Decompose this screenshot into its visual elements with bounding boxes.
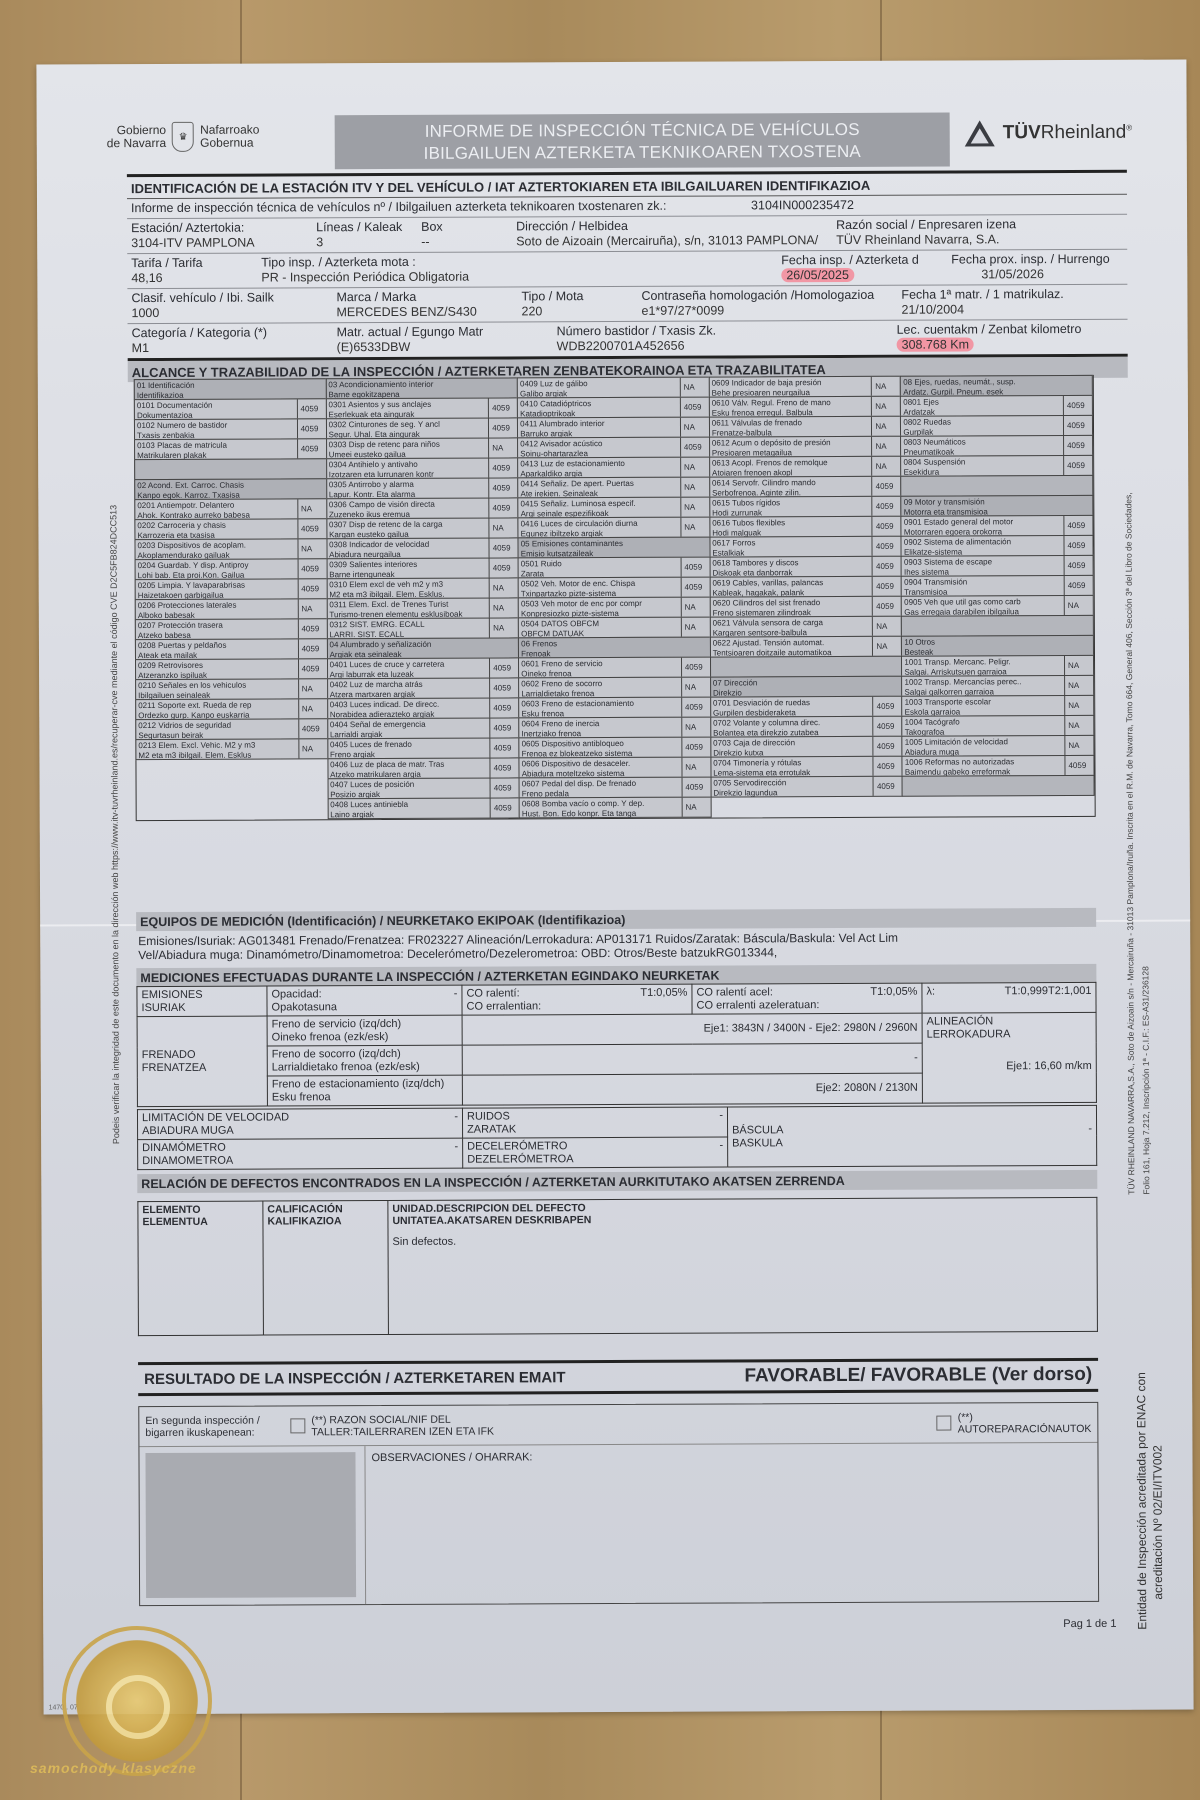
scope-item: 0309 Salientes interioresBarne irtengune…	[326, 557, 519, 579]
inspection-report-paper: Gobiernode Navarra ♛ NafarroakoGobernua …	[36, 59, 1193, 1714]
scope-item: 0612 Acum o depósito de presiónPresioare…	[709, 436, 902, 458]
scope-result: 4059	[681, 398, 709, 417]
scope-item: 0801 EjesArdatzak4059	[900, 395, 1093, 417]
scope-result: 4059	[490, 558, 518, 577]
scope-result: 4059	[682, 778, 710, 797]
scope-item: 0212 Vidrios de seguridadSegurtasun beir…	[135, 718, 328, 740]
scope-column: 0609 Indicador de baja presiónBehe presi…	[710, 377, 904, 818]
scope-item: 0614 Servofr. Cilindro mandoSerbofrenoa.…	[709, 476, 902, 498]
scope-result: NA	[682, 618, 710, 637]
scope-result: 4059	[298, 559, 326, 578]
scope-item: 0902 Sistema de alimentaciónElikatze-sis…	[901, 535, 1094, 557]
result-value: FAVORABLE/ FAVORABLE (Ver dorso)	[744, 1364, 1092, 1388]
scope-blank	[901, 475, 1094, 497]
scope-item: 0618 Tambores y discosDiskoak eta danbor…	[709, 556, 902, 578]
scope-result: 4059	[490, 658, 518, 677]
scope-result: NA	[298, 599, 326, 618]
scope-item: 0502 Veh. Motor de enc. ChispaTxinpartaz…	[518, 577, 711, 599]
inspection-type: PR - Inspección Periódica Obligatoria	[261, 268, 781, 285]
scope-item: 0416 Luces de circulación diurnaEgunez i…	[518, 517, 711, 539]
inspection-result: RESULTADO DE LA INSPECCIÓN / AZTERKETARE…	[138, 1358, 1098, 1396]
scope-item: 0204 Guardab. Y disp. AntiproyLohi bab. …	[135, 558, 328, 580]
scope-item: 0604 Freno de inerciaInertziako frenoaNA	[518, 717, 711, 739]
company-name: TÜV Rheinland Navarra, S.A.	[836, 232, 1016, 248]
scope-result: 4059	[298, 419, 326, 438]
scope-result: NA	[299, 699, 327, 718]
registry-note: Folio 161, Hoja 7.212, Inscripción 1ª - …	[1140, 966, 1151, 1195]
scope-item: 0306 Campo de visión directaZuzeneko iku…	[326, 497, 519, 519]
scope-result: NA	[681, 518, 709, 537]
address: Soto de Aizoain (Mercairuña), s/n, 31013…	[516, 233, 836, 249]
scope-column: 0409 Luz de gáliboGalibo argiakNA0410 Ca…	[518, 378, 712, 819]
navarra-government-logo: Gobiernode Navarra ♛ NafarroakoGobernua	[107, 122, 260, 153]
scope-result: 4059	[1065, 556, 1093, 575]
lambda-value: T1:0,999T2:1,001	[1005, 985, 1092, 998]
scope-result: 4059	[873, 497, 901, 516]
scope-blank	[134, 458, 327, 480]
scope-result: NA	[682, 718, 710, 737]
scope-item: 0606 Dispositivo de desaceler.Abiadura m…	[519, 757, 712, 779]
scope-result: 4059	[681, 558, 709, 577]
scope-result: 4059	[874, 697, 902, 716]
scope-item: 0302 Cinturones de seg. Y anclSegur. Uha…	[326, 417, 519, 439]
scope-result: 4059	[682, 738, 710, 757]
scope-blank	[902, 775, 1095, 797]
scope-item: 0611 Válvulas de frenadoFrenatze-balbula…	[709, 416, 902, 438]
scope-item: 0307 Disp de retenc de la cargaKargan eu…	[326, 517, 519, 539]
scope-item: 0208 Puertas y peldañosAteak eta mailak4…	[135, 638, 328, 660]
other-measurements-table: LIMITACIÓN DE VELOCIDAD ABIADURA MUGA- R…	[137, 1105, 1097, 1170]
scope-item: 0414 Señaliz. De apert. PuertasAte ireki…	[517, 477, 710, 499]
scope-item: 0602 Freno de socorroLarrialdietako fren…	[518, 677, 711, 699]
scope-group-header: 09 Motor y transmisiónMotorra eta transm…	[901, 495, 1094, 517]
scope-item: 0407 Luces de posiciónPosizio argiak4059	[327, 777, 520, 799]
scope-result: 4059	[874, 777, 902, 796]
scope-result: 4059	[1064, 416, 1092, 435]
report-header: Gobiernode Navarra ♛ NafarroakoGobernua …	[107, 112, 1147, 173]
scope-item: 0102 Numero de bastidorTxasis zenbakia40…	[134, 418, 327, 440]
scope-result: NA	[872, 397, 900, 416]
scope-item: 1004 TacógrafoTakografoaNA	[902, 715, 1095, 737]
scope-item: 0404 Señal de emergenciaLarrialdi argiak…	[327, 717, 520, 739]
scope-result: NA	[490, 618, 518, 637]
scope-result: NA	[681, 498, 709, 517]
scope-item: 0901 Estado general del motorMotorraren …	[901, 515, 1094, 537]
scope-item: 0621 Válvula sensora de cargaKargaren se…	[710, 616, 903, 638]
scope-result: NA	[1065, 656, 1093, 675]
scope-item: 0207 Protección traseraAtzeko babesa4059	[135, 618, 328, 640]
scope-item: 0312 SIST. EMRG. ECALLLARRI. SIST. ECALL…	[326, 617, 519, 639]
scope-result: 4059	[490, 718, 518, 737]
page-number: Pag 1 de 1	[1063, 1618, 1116, 1630]
scope-item: 0601 Freno de servicioOineko frenoa4059	[518, 657, 711, 679]
scope-result: 4059	[681, 578, 709, 597]
scope-group-header: 04 Alumbrado y señalizaciónArgiak eta se…	[327, 637, 520, 659]
scope-item: 0410 CatadióptricosKatadioptrikoak4059	[517, 397, 710, 419]
scope-item: 0209 RetrovisoresAtzeranzko ispiluak4059	[135, 658, 328, 680]
tuv-rheinland-logo: TÜVRheinland®	[965, 120, 1133, 147]
service-brake-value: Eje1: 3843N / 3400N - Eje2: 2980N / 2960…	[462, 1013, 922, 1045]
scope-item: 0609 Indicador de baja presiónBehe presi…	[709, 376, 902, 398]
scope-result: 4059	[298, 619, 326, 638]
scope-result: 4059	[1064, 436, 1092, 455]
scope-result: NA	[298, 499, 326, 518]
odometer-reading: 308.768 Km	[897, 337, 974, 351]
scope-group-header: 07 DirecciónDirekzio	[710, 676, 903, 698]
scope-result: NA	[490, 578, 518, 597]
scope-result: NA	[299, 679, 327, 698]
watermark-tagline: samochody klasyczne	[30, 1760, 197, 1776]
scope-item: 0617 ForrosEstalkiak4059	[709, 536, 902, 558]
scope-item: 0607 Pedal del disp. De frenadoFreno ped…	[519, 777, 712, 799]
scope-item: 0615 Tubos rígidosHodi zurrunak4059	[709, 496, 902, 518]
scope-result: 4059	[298, 579, 326, 598]
observations-label: OBSERVACIONES / OHARRAK:	[364, 1443, 1098, 1604]
report-number: 3104IN000235472	[751, 198, 854, 213]
scope-result: 4059	[491, 778, 519, 797]
scope-item: 0210 Señales en los vehiculosIbilgailuen…	[135, 678, 328, 700]
co-accel-value: T1:0,05%	[870, 986, 917, 1011]
scope-item: 0905 Veh que util gas como carbGas erreg…	[901, 595, 1094, 617]
scope-result: 4059	[297, 399, 325, 418]
scope-item: 0413 Luz de estacionamientoAparkaldiko a…	[517, 457, 710, 479]
scope-item: 0704 Timonería y rótulasLema-sistema eta…	[710, 756, 903, 778]
scope-item: 0605 Dispositivo antibloqueoFrenoa ez bl…	[519, 737, 712, 759]
workshop-checkbox[interactable]	[290, 1418, 305, 1433]
scope-item: 0622 Ajustad. Tensión automat.Tentsioare…	[710, 636, 903, 658]
scope-item: 0409 Luz de gáliboGalibo argiakNA	[517, 377, 710, 399]
scope-result: NA	[298, 539, 326, 558]
scope-result: 4059	[873, 517, 901, 536]
alignment-value: Eje1: 16,60 m/km	[927, 1060, 1092, 1073]
scope-result: 4059	[1064, 516, 1092, 535]
fee: 48,16	[131, 271, 261, 287]
inspection-scope-grid: 01 IdentificaciónIdentifikazioa0101 Docu…	[134, 375, 1096, 821]
scope-item: 0304 Antihielo y antivahoIzotzaren eta l…	[326, 457, 519, 479]
scope-item: 0705 ServodirecciónDirekzio lagundua4059	[710, 776, 903, 798]
scope-result: 4059	[490, 698, 518, 717]
scope-item: 0904 TransmisiónTransmisioa4059	[901, 575, 1094, 597]
scope-result: 4059	[873, 557, 901, 576]
scope-result: 4059	[491, 758, 519, 777]
scope-item: 0310 Elem excl de veh m2 y m3M2 eta m3 i…	[326, 577, 519, 599]
next-inspection-date: 31/05/2026	[951, 267, 1109, 283]
scope-item: 0503 Veh motor de enc por comprKonpresio…	[518, 597, 711, 619]
scope-result: 4059	[681, 438, 709, 457]
second-inspection-box: En segunda inspección / bigarren ikuskap…	[138, 1402, 1099, 1606]
scope-result: NA	[682, 678, 710, 697]
scope-result: 4059	[874, 737, 902, 756]
scope-item: 1002 Transp. Mercancías perec..Salgai ga…	[901, 675, 1094, 697]
enac-accreditation: acreditación Nº 02/EI/ITV002	[1150, 1445, 1165, 1600]
scope-result: NA	[872, 377, 900, 396]
scope-result: NA	[872, 437, 900, 456]
scope-result: 4059	[873, 597, 901, 616]
scope-item: 0406 Luz de placa de matr. TrasAtzeko ma…	[327, 757, 520, 779]
scope-item: 0504 DATOS OBFCMOBFCM DATUAKNA	[518, 617, 711, 639]
tuv-triangle-icon	[965, 120, 995, 146]
vehicle-make: MERCEDES BENZ/S430	[336, 304, 521, 320]
scope-result: 4059	[873, 537, 901, 556]
scope-result: NA	[681, 418, 709, 437]
scope-blank	[710, 656, 903, 678]
registry-note: TÜV RHEINLAND NAVARRA,S.A., Soto de Aizo…	[1123, 492, 1136, 1194]
scope-result: 4059	[490, 538, 518, 557]
scope-result: NA	[1065, 596, 1093, 615]
scope-item: 0405 Luces de frenadoFreno argiak4059	[327, 737, 520, 759]
station: 3104-ITV PAMPLONA	[131, 235, 316, 251]
scope-result: 4059	[1064, 536, 1092, 555]
scope-item: 0408 Luces antinieblaLaino argiak4059	[327, 797, 520, 819]
identification-section: IDENTIFICACIÓN DE LA ESTACIÓN ITV Y DEL …	[127, 170, 1128, 382]
scope-result: NA	[873, 637, 901, 656]
scope-result: 4059	[873, 477, 901, 496]
scope-result: 4059	[1064, 396, 1092, 415]
verification-note: Podeis verificar la integridad de este d…	[108, 505, 121, 1144]
scope-item: 0205 Limpia. Y lavaparabrisasHaizetakoen…	[135, 578, 328, 600]
scope-group-header: 05 Emisiones contaminantesEmisio kutsatz…	[518, 537, 711, 559]
scope-item: 0201 Antiempotr. DelanteroAhok. Kontrako…	[134, 498, 327, 520]
scope-item: 1005 Limitación de velocidadAbiadura mug…	[902, 735, 1095, 757]
scope-item: 0613 Acopl. Frenos de remolqueAtoiaren f…	[709, 456, 902, 478]
scope-item: 0702 Volante y columna direc.Bolantea et…	[710, 716, 903, 738]
scope-result: NA	[1065, 696, 1093, 715]
scope-result: 4059	[298, 519, 326, 538]
scope-column: 01 IdentificaciónIdentifikazioa0101 Docu…	[135, 379, 329, 820]
scope-item: 0202 Carroceria y chasisKarrozeria eta t…	[134, 518, 327, 540]
scope-item: 0403 Luces indicad. De direcc.Norabidea …	[327, 697, 520, 719]
vin: WDB2200701A452656	[557, 338, 897, 354]
scope-result: NA	[1065, 736, 1093, 755]
scope-item: 0206 Protecciones lateralesAlboko babesa…	[135, 598, 328, 620]
scope-item: 0213 Elem. Excl. Vehic. M2 y m3M2 eta m3…	[135, 738, 328, 760]
scope-result: NA	[489, 438, 517, 457]
scope-item: 0103 Placas de matriculaMatrikularen pla…	[134, 438, 327, 460]
scope-result: 4059	[1065, 576, 1093, 595]
defects-table: ELEMENTO ELEMENTUA CALIFICACIÓN KALIFIKA…	[137, 1196, 1098, 1335]
scope-item: 0804 SuspensiónEsekidura4059	[901, 455, 1094, 477]
scope-result: NA	[1065, 716, 1093, 735]
scope-result: NA	[682, 758, 710, 777]
coat-of-arms-icon: ♛	[172, 122, 194, 152]
scope-result: 4059	[299, 639, 327, 658]
scope-result: 4059	[1064, 456, 1092, 475]
scope-item: 0803 NeumáticosPneumatikoak4059	[900, 435, 1093, 457]
measurements-table: EMISIONES ISURIAK Opacidad: Opakotasuna-…	[136, 982, 1097, 1107]
scope-item: 0603 Freno de estacionamientoEsku frenoa…	[518, 697, 711, 719]
scope-item: 0402 Luz de marcha atrásAtzera martxaren…	[327, 677, 520, 699]
scope-result: 4059	[682, 658, 710, 677]
scope-item: 1006 Reformas no autorizadasBaimendu gab…	[902, 755, 1095, 777]
scope-item: 0620 Cilindros del sist frenadoFreno sis…	[710, 596, 903, 618]
scope-result: 4059	[874, 717, 902, 736]
scope-group-header: 10 OtrosBesteak	[901, 635, 1094, 657]
scope-item: 0501 RuidoZarata4059	[518, 557, 711, 579]
scope-item: 0305 Antirrobo y alarmaLapur. Kontr. Eta…	[326, 477, 519, 499]
scope-result: 4059	[1065, 756, 1093, 775]
scope-result: 4059	[490, 678, 518, 697]
scope-result: 4059	[299, 719, 327, 738]
scope-result: 4059	[489, 498, 517, 517]
scope-item: 0703 Caja de direcciónDirekzio kutxa4059	[710, 736, 903, 758]
scope-result: NA	[1065, 676, 1093, 695]
scope-item: 0301 Asientos y sus anclajesEserlekuak e…	[325, 397, 518, 419]
scope-result: 4059	[491, 798, 519, 817]
scope-item: 0619 Cables, varillas, palancasKableak, …	[709, 576, 902, 598]
scope-item: 0411 Alumbrado interiorBarruko argiakNA	[517, 417, 710, 439]
scope-result: NA	[681, 478, 709, 497]
scope-result: NA	[682, 598, 710, 617]
scope-result: NA	[490, 518, 518, 537]
scope-item: 0412 Avisador acústicoSoinu-ohartarazlea…	[517, 437, 710, 459]
parking-brake-value: Eje2: 2080N / 2130N	[462, 1073, 922, 1105]
scope-group-header: 08 Ejes, ruedas, neumát., susp.Ardatz. G…	[900, 375, 1093, 397]
scope-item: 0610 Válv. Regul. Freno de manoEsku fren…	[709, 396, 902, 418]
scope-item: 0211 Soporte ext. Rueda de repOrdezko gu…	[135, 698, 328, 720]
scope-item: 0308 Indicador de velocidadAbiadura neur…	[326, 537, 519, 559]
first-registration-date: 21/10/2004	[901, 302, 1063, 318]
defects-value: Sin defectos.	[393, 1232, 1093, 1248]
scope-result: 4059	[298, 439, 326, 458]
scope-result: 4059	[489, 398, 517, 417]
scope-item: 0608 Bomba vacío o comp. Y dep.Hust. Bon…	[519, 797, 712, 819]
scope-item: 0903 Sistema de escapeIhes sistema4059	[901, 555, 1094, 577]
scope-item: 0101 DocumentaciónDokumentazioa4059	[134, 398, 327, 420]
co-idle-value: T1:0,05%	[640, 987, 687, 1012]
scope-item: 0311 Elem. Excl. de Trenes TuristTurismo…	[326, 597, 519, 619]
scope-group-header: 03 Acondicionamiento interiorBarne egoki…	[325, 377, 518, 399]
license-plate: (E)6533DBW	[337, 339, 557, 355]
scope-result: 4059	[873, 577, 901, 596]
scope-result: 4059	[874, 757, 902, 776]
scope-group-header: 02 Acond. Ext. Carroc. ChasisKanpo egok.…	[134, 478, 327, 500]
scope-result: 4059	[491, 738, 519, 757]
scope-result: 4059	[299, 659, 327, 678]
scope-result: NA	[873, 617, 901, 636]
scope-result: 4059	[489, 458, 517, 477]
scope-item: 0415 Señaliz. Luminosa especif.Argi sein…	[517, 497, 710, 519]
scope-group-header: 01 IdentificaciónIdentifikazioa	[134, 378, 327, 400]
enac-accreditation: Entidad de Inspección acreditada por ENA…	[1134, 1372, 1149, 1630]
scope-item: 1003 Transporte escolarEskola garraioaNA	[902, 695, 1095, 717]
steering-wheel-icon	[106, 1675, 170, 1739]
scope-result: 4059	[682, 698, 710, 717]
report-title-banner: INFORME DE INSPECCIÓN TÉCNICA DE VEHÍCUL…	[335, 113, 950, 170]
scope-result: NA	[681, 458, 709, 477]
scope-result: NA	[490, 598, 518, 617]
scope-result: NA	[681, 378, 709, 397]
scope-result: NA	[872, 417, 900, 436]
scope-item: 0401 Luces de cruce y carreteraArgi labu…	[327, 657, 520, 679]
scope-result: 4059	[489, 418, 517, 437]
stamp-area	[145, 1452, 356, 1598]
scope-result: NA	[682, 798, 710, 817]
scope-item: 1001 Transp. Mercanc. Peligr.Salgai. Arr…	[901, 655, 1094, 677]
scope-group-header: 06 FrenosFrenoak	[518, 637, 711, 659]
scope-item: 0616 Tubos flexiblesHodi malguak4059	[709, 516, 902, 538]
inspection-date: 26/05/2025	[781, 268, 854, 282]
scope-item: 0701 Desviación de ruedasGurpilen desbid…	[710, 696, 903, 718]
section-title: RELACIÓN DE DEFECTOS ENCONTRADOS EN LA I…	[137, 1170, 1097, 1193]
komfort-trans-logo	[62, 1626, 212, 1776]
self-repair-checkbox[interactable]	[937, 1416, 952, 1431]
scope-blank	[901, 615, 1094, 637]
scope-item: 0203 Dispositivos de acoplam.Akoplamendu…	[134, 538, 327, 560]
scope-result: NA	[299, 739, 327, 758]
scope-result: NA	[873, 457, 901, 476]
scope-column: 08 Ejes, ruedas, neumát., susp.Ardatz. G…	[901, 376, 1095, 817]
scope-item: 0303 Disp de retenc para niñosUmeei eust…	[326, 437, 519, 459]
scope-item: 0802 RuedasGurpilak4059	[900, 415, 1093, 437]
scope-column: 03 Acondicionamiento interiorBarne egoki…	[326, 378, 520, 819]
equipment-section: EQUIPOS DE MEDICIÓN (Identificación) / N…	[136, 908, 1098, 1336]
scope-result: 4059	[489, 478, 517, 497]
